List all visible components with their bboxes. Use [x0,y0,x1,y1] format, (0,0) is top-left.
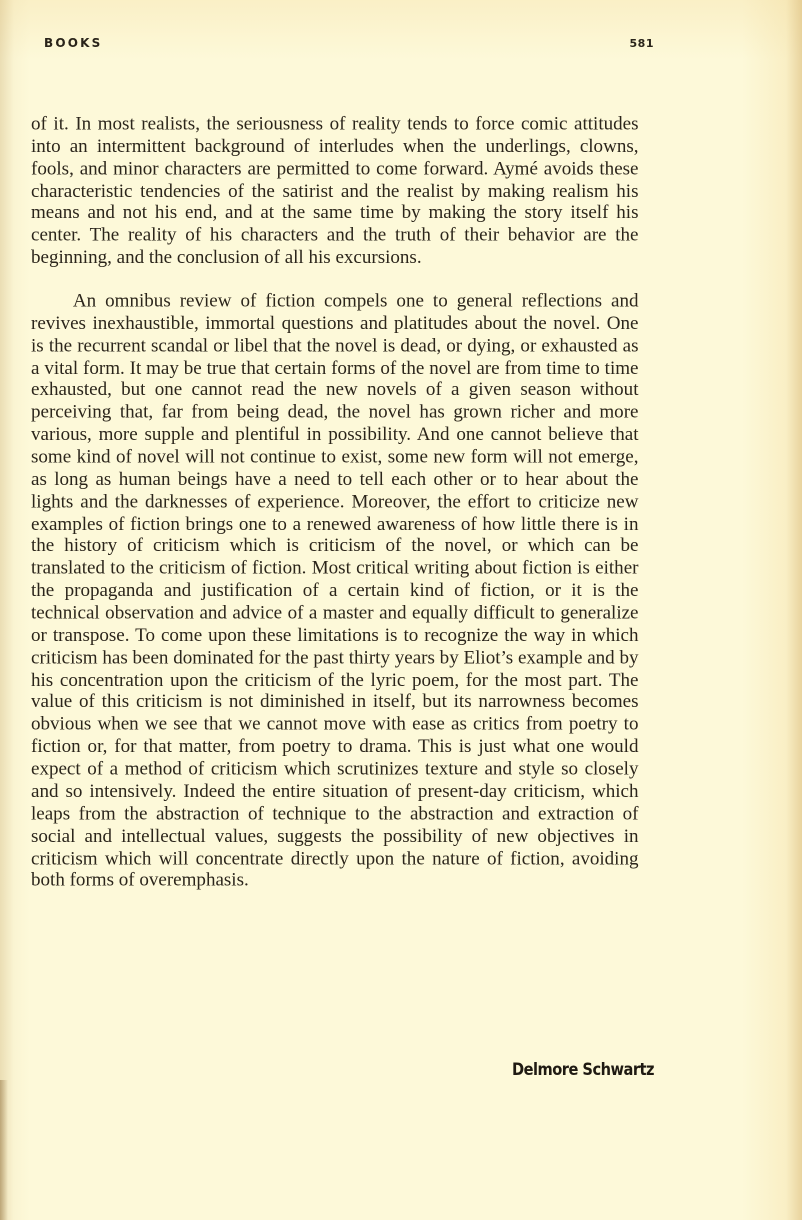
running-head: BOOKS 581 [44,36,654,50]
body-text: of it. In most realists, the seriousness… [31,113,639,892]
page-edge-shadow [0,1080,8,1220]
page-number: 581 [630,37,654,50]
paragraph-omnibus-review: An omnibus review of fiction compels one… [31,290,639,892]
paragraph-continuation: of it. In most realists, the seriousness… [31,113,639,269]
book-page: BOOKS 581 of it. In most realists, the s… [0,0,802,1220]
author-signature: Delmore Schwartz [92,1060,654,1080]
section-title: BOOKS [44,36,103,50]
